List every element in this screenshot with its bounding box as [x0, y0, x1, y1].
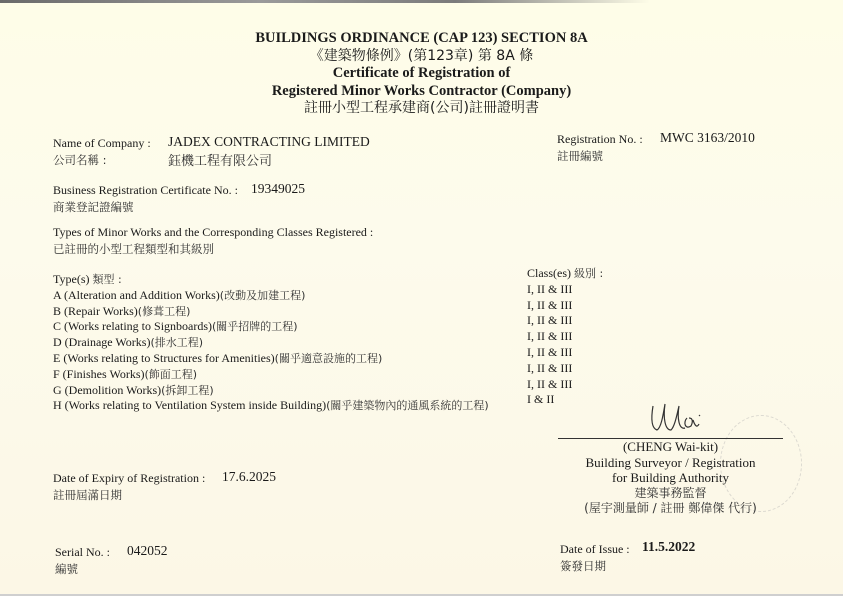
- types-heading: Types of Minor Works and the Correspondi…: [53, 225, 373, 240]
- expiry-label-zh: 註冊屆滿日期: [53, 487, 122, 503]
- expiry-label: Date of Expiry of Registration :: [53, 471, 205, 486]
- registration-label: Registration No. :: [557, 132, 643, 147]
- expiry-date: 17.6.2025: [222, 469, 276, 485]
- signatory-title-2: for Building Authority: [558, 470, 783, 486]
- work-type-name: A (Alteration and Addition Works): [53, 288, 220, 302]
- classes-list: Class(es) 級別 : I, II & IIII, II & IIII, …: [527, 266, 603, 408]
- work-type-row: B (Repair Works)(修葺工程): [53, 304, 489, 320]
- company-name-zh: 鈺機工程有限公司: [168, 150, 272, 169]
- certificate-subtitle: Registered Minor Works Contractor (Compa…: [0, 83, 843, 101]
- work-class-value: I, II & III: [527, 282, 603, 298]
- scan-top-edge: [0, 0, 650, 3]
- types-column-heading: Type(s) 類型 :: [53, 272, 489, 288]
- work-type-name-zh: (關乎適意設施的工程): [275, 352, 383, 365]
- work-class-value: I, II & III: [527, 313, 603, 329]
- work-type-name-zh: (飾面工程): [145, 368, 198, 381]
- registration-number: MWC 3163/2010: [660, 130, 755, 146]
- work-type-name: F (Finishes Works): [53, 367, 145, 381]
- work-type-name-zh: (改動及加建工程): [220, 289, 306, 302]
- types-list: Type(s) 類型 : A (Alteration and Addition …: [53, 272, 489, 414]
- work-type-row: F (Finishes Works)(飾面工程): [53, 367, 489, 383]
- work-type-name-zh: (關乎招牌的工程): [212, 320, 298, 333]
- work-type-name: B (Repair Works): [53, 304, 138, 318]
- work-type-name: D (Drainage Works): [53, 335, 150, 349]
- company-label-zh: 公司名稱 :: [53, 152, 107, 168]
- signature-scribble: [558, 398, 783, 438]
- work-type-row: G (Demolition Works)(拆卸工程): [53, 383, 489, 399]
- serial-label: Serial No. :: [55, 545, 110, 560]
- work-type-name-zh: (拆卸工程): [161, 384, 214, 397]
- issue-date: 11.5.2022: [642, 539, 695, 555]
- serial-number: 042052: [127, 543, 168, 559]
- work-type-name-zh: (關乎建築物內的通風系統的工程): [326, 399, 489, 412]
- work-type-row: D (Drainage Works)(排水工程): [53, 335, 489, 351]
- work-class-value: I, II & III: [527, 329, 603, 345]
- classes-column-heading: Class(es) 級別 :: [527, 266, 603, 282]
- business-reg-label-zh: 商業登記證編號: [53, 199, 134, 215]
- company-label: Name of Company :: [53, 136, 151, 151]
- work-type-name: C (Works relating to Signboards): [53, 319, 212, 333]
- work-class-value: I, II & III: [527, 345, 603, 361]
- business-reg-number: 19349025: [251, 181, 305, 197]
- work-class-value: I, II & III: [527, 361, 603, 377]
- ordinance-title-zh: 《建築物條例》(第123章) 第 8A 條: [0, 48, 843, 66]
- issue-label: Date of Issue :: [560, 542, 630, 557]
- work-type-name: H (Works relating to Ventilation System …: [53, 398, 326, 412]
- company-name: JADEX CONTRACTING LIMITED: [168, 134, 370, 150]
- issue-label-zh: 簽發日期: [560, 558, 606, 574]
- signature-block: (CHENG Wai-kit) Building Surveyor / Regi…: [558, 398, 783, 517]
- signatory-title-zh-2: (屋宇測量師 / 註冊 鄭偉傑 代行): [558, 501, 783, 517]
- certificate-title-zh: 註冊小型工程承建商(公司)註冊證明書: [0, 100, 843, 118]
- certificate-title: Certificate of Registration of: [0, 65, 843, 83]
- signatory-name: (CHENG Wai-kit): [558, 439, 783, 455]
- work-type-row: E (Works relating to Structures for Amen…: [53, 351, 489, 367]
- certificate-page: BUILDINGS ORDINANCE (CAP 123) SECTION 8A…: [0, 0, 843, 596]
- work-type-name: G (Demolition Works): [53, 383, 161, 397]
- types-heading-zh: 已註冊的小型工程類型和其級別: [53, 241, 214, 257]
- work-type-row: C (Works relating to Signboards)(關乎招牌的工程…: [53, 319, 489, 335]
- work-class-value: I, II & III: [527, 298, 603, 314]
- work-type-name: E (Works relating to Structures for Amen…: [53, 351, 275, 365]
- registration-label-zh: 註冊編號: [557, 148, 603, 164]
- business-reg-label: Business Registration Certificate No. :: [53, 183, 238, 198]
- work-type-row: H (Works relating to Ventilation System …: [53, 398, 489, 414]
- signatory-title-1: Building Surveyor / Registration: [558, 455, 783, 471]
- ordinance-title: BUILDINGS ORDINANCE (CAP 123) SECTION 8A: [0, 30, 843, 48]
- serial-label-zh: 編號: [55, 561, 78, 577]
- work-class-value: I, II & III: [527, 377, 603, 393]
- signatory-title-zh-1: 建築事務監督: [558, 486, 783, 502]
- work-type-name-zh: (修葺工程): [138, 305, 191, 318]
- work-type-name-zh: (排水工程): [150, 336, 203, 349]
- work-type-row: A (Alteration and Addition Works)(改動及加建工…: [53, 288, 489, 304]
- certificate-header: BUILDINGS ORDINANCE (CAP 123) SECTION 8A…: [0, 30, 843, 118]
